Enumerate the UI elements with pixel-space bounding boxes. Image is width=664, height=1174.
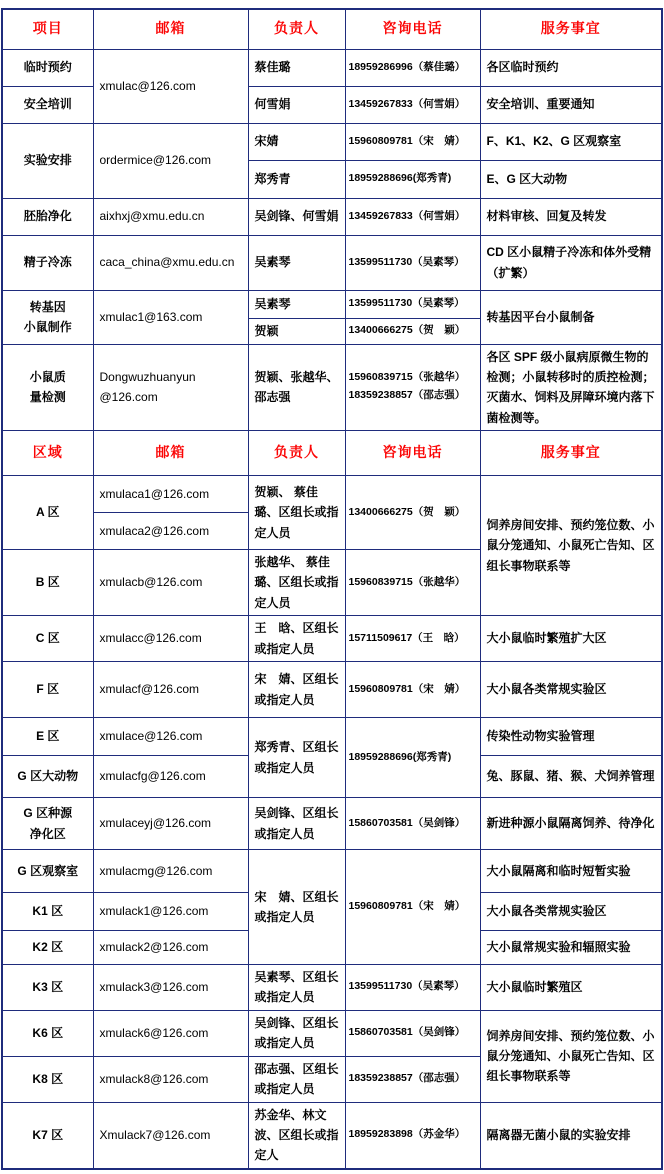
section1-header-row: 项目 邮箱 负责人 咨询电话 服务事宜 [2,9,662,49]
phone-cell: 13599511730（吴素琴） [345,235,480,290]
email-cell: xmulac1@163.com [93,290,248,344]
service-cell: 新进种源小鼠隔离饲养、待净化 [480,798,662,850]
service-cell: 转基因平台小鼠制备 [480,290,662,344]
area-cell: G 区观察室 [2,850,93,893]
project-cell: 安全培训 [2,86,93,123]
service-cell: 各区 SPF 级小鼠病原微生物的检测；小鼠转移时的质控检测；灭菌水、饲料及屏障环… [480,344,662,431]
service-cell: E、G 区大动物 [480,160,662,198]
area-cell: K7 区 [2,1102,93,1169]
email-cell: xmulaca2@126.com [93,513,248,550]
email-cell: xmulacf@126.com [93,662,248,718]
service-cell: 饲养房间安排、预约笼位数、小鼠分笼通知、小鼠死亡告知、区组长事物联系等 [480,1010,662,1102]
table-row: F 区 xmulacf@126.com 宋 婧、区组长或指定人员 1596080… [2,662,662,718]
table-row: 精子冷冻 caca_china@xmu.edu.cn 吴素琴 135995117… [2,235,662,290]
s2-header-area: 区域 [2,431,93,476]
area-cell: F 区 [2,662,93,718]
project-cell: 临时预约 [2,49,93,86]
area-cell: A 区 [2,476,93,550]
table-row: G 区种源 净化区 xmulaceyj@126.com 吴剑锋、区组长或指定人员… [2,798,662,850]
phone-cell: 18959288696(郑秀青) [345,160,480,198]
phone-cell: 18359238857（邵志强） [345,1056,480,1102]
s1-header-project: 项目 [2,9,93,49]
phone-cell: 15860703581（吴剑锋） [345,1010,480,1056]
service-cell: 材料审核、回复及转发 [480,198,662,235]
person-cell: 贺颖 [248,318,345,344]
s1-header-service: 服务事宜 [480,9,662,49]
email-cell: xmulacc@126.com [93,616,248,662]
person-cell: 吴素琴 [248,290,345,318]
service-cell: 安全培训、重要通知 [480,86,662,123]
service-cell: 隔离器无菌小鼠的实验安排 [480,1102,662,1169]
person-cell: 吴剑锋、何雪娟 [248,198,345,235]
email-cell: xmulaca1@126.com [93,476,248,513]
phone-cell: 15960809781（宋 婧） [345,850,480,965]
email-cell: caca_china@xmu.edu.cn [93,235,248,290]
area-cell: C 区 [2,616,93,662]
service-cell: 兔、豚鼠、猪、猴、犬饲养管理 [480,756,662,798]
email-cell: xmulack1@126.com [93,893,248,931]
person-cell: 苏金华、林文波、区组长或指定人 [248,1102,345,1169]
table-row: 实验安排 ordermice@126.com 宋婧 15960809781（宋 … [2,123,662,160]
email-cell: xmulack6@126.com [93,1010,248,1056]
person-cell: 张越华、 蔡佳璐、区组长或指定人员 [248,550,345,616]
phone-cell: 18959283898（苏金华） [345,1102,480,1169]
person-cell: 王 晗、区组长或指定人员 [248,616,345,662]
email-cell: Xmulack7@126.com [93,1102,248,1169]
phone-cell: 13459267833（何雪娟） [345,198,480,235]
service-cell: 大小鼠隔离和临时短暂实验 [480,850,662,893]
email-cell: Dongwuzhuanyun @126.com [93,344,248,431]
service-cell: CD 区小鼠精子冷冻和体外受精 （扩繁） [480,235,662,290]
email-cell: ordermice@126.com [93,123,248,198]
area-cell: K1 区 [2,893,93,931]
person-cell: 郑秀青 [248,160,345,198]
person-cell: 宋婧 [248,123,345,160]
service-cell: F、K1、K2、G 区观察室 [480,123,662,160]
table-row: 小鼠质 量检测 Dongwuzhuanyun @126.com 贺颖、张越华、邵… [2,344,662,431]
phone-cell: 13599511730（吴素琴） [345,290,480,318]
area-cell: K6 区 [2,1010,93,1056]
phone-cell: 13400666275（贺 颖） [345,476,480,550]
s1-header-person: 负责人 [248,9,345,49]
email-cell: xmulacb@126.com [93,550,248,616]
s2-header-phone: 咨询电话 [345,431,480,476]
phone-cell: 18959286996（蔡佳璐） [345,49,480,86]
area-cell: E 区 [2,718,93,756]
phone-cell: 18959288696(郑秀青) [345,718,480,798]
table-row: 转基因 小鼠制作 xmulac1@163.com 吴素琴 13599511730… [2,290,662,318]
phone-cell: 15711509617（王 晗） [345,616,480,662]
email-cell: xmulace@126.com [93,718,248,756]
project-cell: 转基因 小鼠制作 [2,290,93,344]
s1-header-email: 邮箱 [93,9,248,49]
email-cell: xmulacmg@126.com [93,850,248,893]
email-cell: xmulack3@126.com [93,965,248,1011]
s2-header-email: 邮箱 [93,431,248,476]
service-cell: 各区临时预约 [480,49,662,86]
table-row: K3 区 xmulack3@126.com 吴素琴、区组长或指定人员 13599… [2,965,662,1011]
email-cell: xmulaceyj@126.com [93,798,248,850]
person-cell: 贺颖、张越华、邵志强 [248,344,345,431]
s2-header-service: 服务事宜 [480,431,662,476]
table-row: G 区观察室 xmulacmg@126.com 宋 婧、区组长或指定人员 159… [2,850,662,893]
table-row: K6 区 xmulack6@126.com 吴剑锋、区组长或指定人员 15860… [2,1010,662,1056]
service-cell: 大小鼠各类常规实验区 [480,662,662,718]
s1-header-phone: 咨询电话 [345,9,480,49]
service-cell: 传染性动物实验管理 [480,718,662,756]
service-cell: 大小鼠各类常规实验区 [480,893,662,931]
phone-cell: 15960809781（宋 婧） [345,662,480,718]
table-row: E 区 xmulace@126.com 郑秀青、区组长或指定人员 1895928… [2,718,662,756]
table-row: 胚胎净化 aixhxj@xmu.edu.cn 吴剑锋、何雪娟 134592678… [2,198,662,235]
area-cell: K3 区 [2,965,93,1011]
project-cell: 小鼠质 量检测 [2,344,93,431]
person-cell: 何雪娟 [248,86,345,123]
person-cell: 吴素琴、区组长或指定人员 [248,965,345,1011]
phone-cell: 15960839715（张越华） 18359238857（邵志强） [345,344,480,431]
person-cell: 贺颖、 蔡佳璐、区组长或指定人员 [248,476,345,550]
project-cell: 精子冷冻 [2,235,93,290]
contact-table: 项目 邮箱 负责人 咨询电话 服务事宜 临时预约 xmulac@126.com … [1,8,663,1170]
email-cell: xmulac@126.com [93,49,248,123]
phone-cell: 13459267833（何雪娟） [345,86,480,123]
person-cell: 蔡佳璐 [248,49,345,86]
phone-cell: 15960809781（宋 婧） [345,123,480,160]
phone-cell: 13400666275（贺 颖） [345,318,480,344]
person-cell: 吴剑锋、区组长或指定人员 [248,798,345,850]
service-cell: 大小鼠临时繁殖区 [480,965,662,1011]
project-cell: 胚胎净化 [2,198,93,235]
phone-cell: 15960839715（张越华） [345,550,480,616]
table-row: K7 区 Xmulack7@126.com 苏金华、林文波、区组长或指定人 18… [2,1102,662,1169]
email-cell: xmulack2@126.com [93,931,248,965]
area-cell: G 区大动物 [2,756,93,798]
email-cell: aixhxj@xmu.edu.cn [93,198,248,235]
person-cell: 郑秀青、区组长或指定人员 [248,718,345,798]
s2-header-person: 负责人 [248,431,345,476]
service-cell: 大小鼠常规实验和辐照实验 [480,931,662,965]
project-cell: 实验安排 [2,123,93,198]
area-cell: G 区种源 净化区 [2,798,93,850]
area-cell: K8 区 [2,1056,93,1102]
section2-header-row: 区域 邮箱 负责人 咨询电话 服务事宜 [2,431,662,476]
person-cell: 吴素琴 [248,235,345,290]
person-cell: 宋 婧、区组长或指定人员 [248,850,345,965]
person-cell: 吴剑锋、区组长或指定人员 [248,1010,345,1056]
phone-cell: 13599511730（吴素琴） [345,965,480,1011]
service-cell: 大小鼠临时繁殖扩大区 [480,616,662,662]
person-cell: 宋 婧、区组长或指定人员 [248,662,345,718]
phone-cell: 15860703581（吴剑锋） [345,798,480,850]
person-cell: 邵志强、区组长或指定人员 [248,1056,345,1102]
area-cell: B 区 [2,550,93,616]
service-cell: 饲养房间安排、预约笼位数、小鼠分笼通知、小鼠死亡告知、区组长事物联系等 [480,476,662,616]
area-cell: K2 区 [2,931,93,965]
table-row: C 区 xmulacc@126.com 王 晗、区组长或指定人员 1571150… [2,616,662,662]
table-row: A 区 xmulaca1@126.com 贺颖、 蔡佳璐、区组长或指定人员 13… [2,476,662,513]
email-cell: xmulacfg@126.com [93,756,248,798]
table-row: 临时预约 xmulac@126.com 蔡佳璐 18959286996（蔡佳璐）… [2,49,662,86]
email-cell: xmulack8@126.com [93,1056,248,1102]
